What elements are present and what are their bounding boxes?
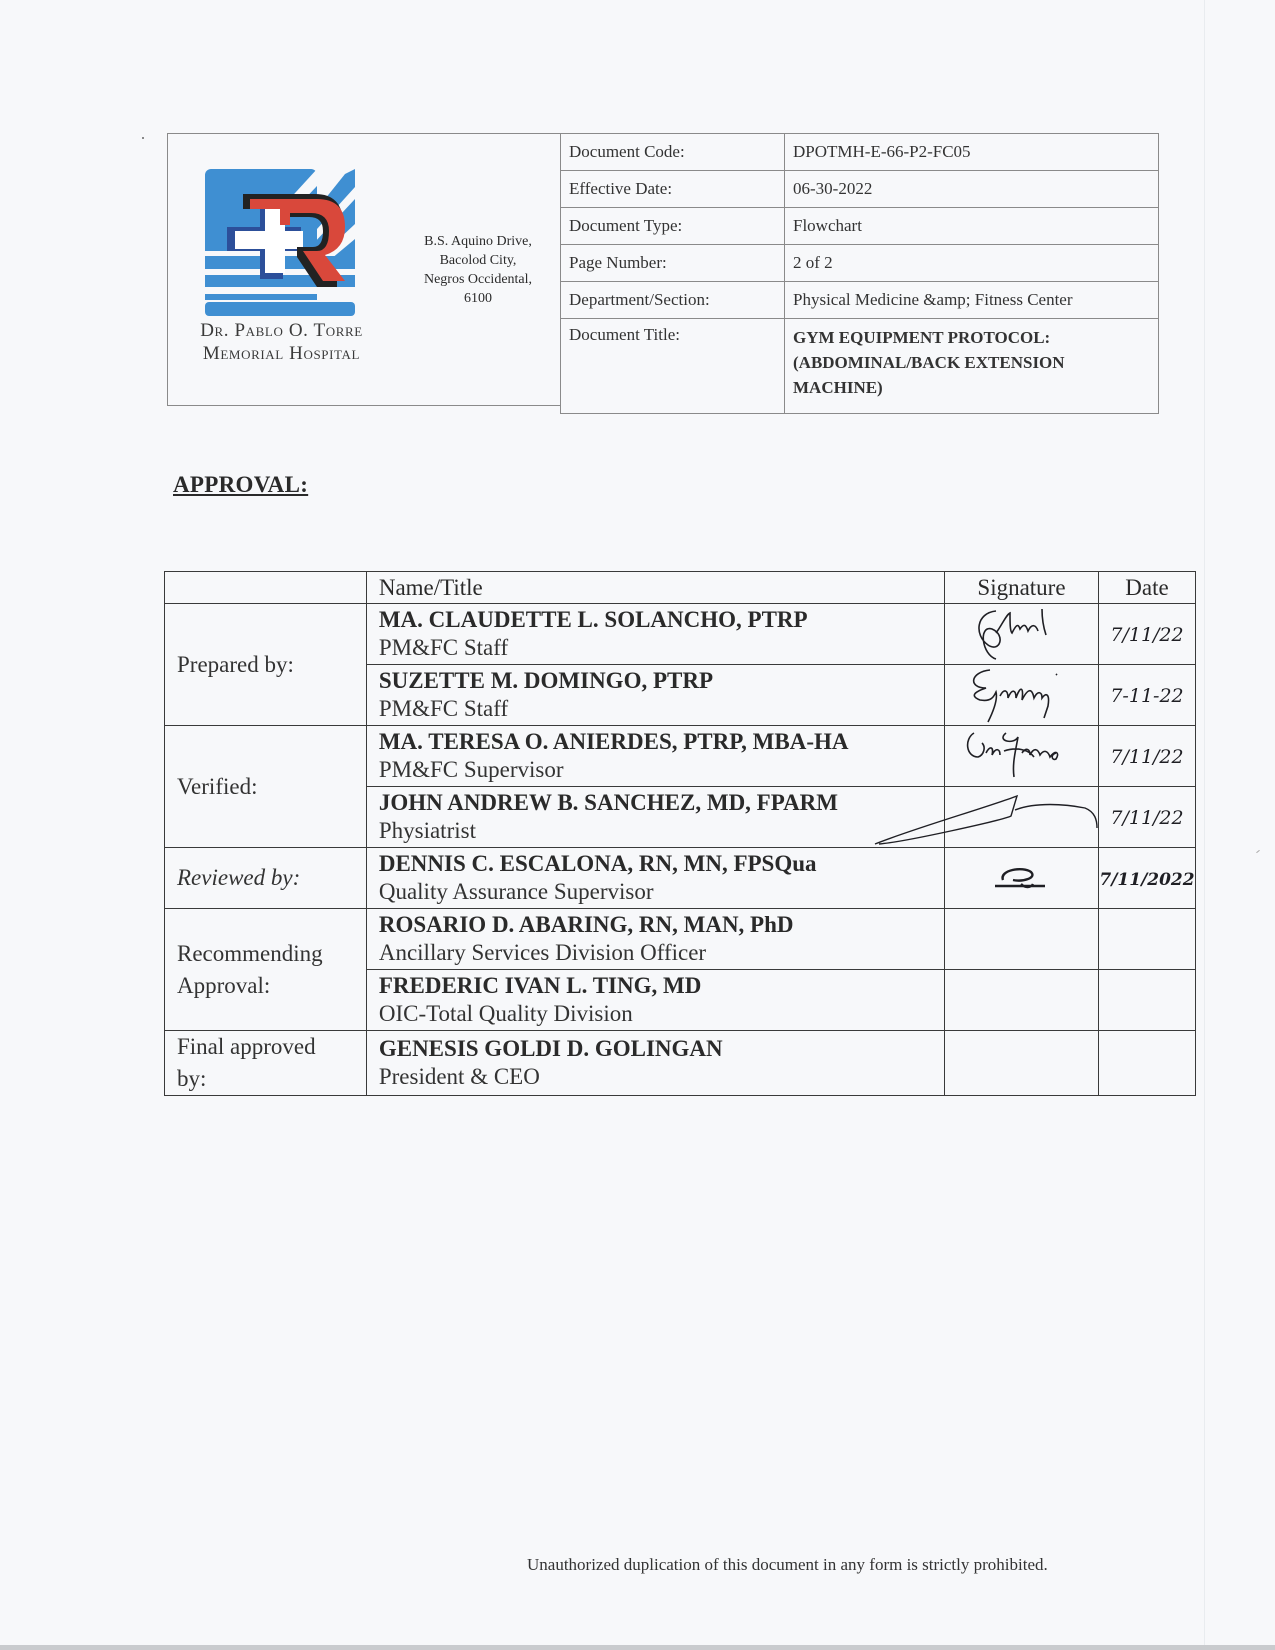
signatory-title: President & CEO [379, 1063, 932, 1091]
signatory-title: Quality Assurance Supervisor [379, 878, 932, 906]
signature-cell-empty [944, 970, 1098, 1031]
approval-table: Name/Title Signature Date Prepared by: M… [164, 571, 1196, 1096]
signatory: ROSARIO D. ABARING, RN, MAN, PhD Ancilla… [366, 909, 944, 970]
effective-date: 06-30-2022 [785, 171, 1159, 208]
date-cell: 7/11/22 [1098, 787, 1195, 848]
role-final-approved-by: Final approved by: [165, 1031, 367, 1096]
hospital-name-line1: Dr. Pablo O. Torre [168, 319, 395, 342]
approval-row: Recommending Approval: ROSARIO D. ABARIN… [165, 909, 1196, 970]
signatory: GENESIS GOLDI D. GOLINGAN President & CE… [366, 1031, 944, 1096]
signatory: JOHN ANDREW B. SANCHEZ, MD, FPARM Physia… [366, 787, 944, 848]
signatory-name: MA. CLAUDETTE L. SOLANCHO, PTRP [379, 606, 932, 634]
date-cell: 7/11/22 [1098, 726, 1195, 787]
signatory-title: Ancillary Services Division Officer [379, 939, 932, 967]
date-cell: 7/11/2022 [1098, 848, 1195, 909]
meta-row: Document Code: DPOTMH-E-66-P2-FC05 [561, 134, 1159, 171]
signature-cell-empty [944, 1031, 1098, 1096]
signatory-title: PM&FC Staff [379, 634, 932, 662]
signatory-title: Physiatrist [379, 817, 932, 845]
date-cell-empty [1098, 1031, 1195, 1096]
signatory-name: SUZETTE M. DOMINGO, PTRP [379, 667, 932, 695]
hospital-name-line2: Memorial Hospital [168, 342, 395, 365]
signature-cell-empty [944, 909, 1098, 970]
role-recommending-approval: Recommending Approval: [165, 909, 367, 1031]
date-cell: 7/11/22 [1098, 604, 1195, 665]
meta-row: Department/Section: Physical Medicine &a… [561, 282, 1159, 319]
meta-row: Page Number: 2 of 2 [561, 245, 1159, 282]
document-title-line: MACHINE) [793, 375, 1150, 400]
page-number: 2 of 2 [785, 245, 1159, 282]
signatory: MA. CLAUDETTE L. SOLANCHO, PTRP PM&FC St… [366, 604, 944, 665]
hospital-logo-icon [205, 169, 360, 319]
signed-date: 7/11/22 [1110, 807, 1183, 829]
signature-cell [944, 726, 1098, 787]
role-line: Recommending [177, 938, 354, 970]
signature-cell [944, 848, 1098, 909]
meta-row: Effective Date: 06-30-2022 [561, 171, 1159, 208]
approval-heading: APPROVAL: [173, 472, 308, 498]
column-header-name: Name/Title [366, 572, 944, 604]
signature-cell [944, 787, 1098, 848]
signatory-title: PM&FC Staff [379, 695, 932, 723]
handwritten-signature-icon [945, 788, 1098, 846]
approval-header-row: Name/Title Signature Date [165, 572, 1196, 604]
role-reviewed-by: Reviewed by: [165, 848, 367, 909]
signatory-name: JOHN ANDREW B. SANCHEZ, MD, FPARM [379, 789, 932, 817]
document-header: Dr. Pablo O. Torre Memorial Hospital B.S… [167, 133, 560, 406]
address-line: Negros Occidental, [398, 270, 558, 289]
page-edge [1204, 0, 1205, 1645]
meta-row-title: Document Title: GYM EQUIPMENT PROTOCOL: … [561, 319, 1159, 414]
signatory-name: DENNIS C. ESCALONA, RN, MN, FPSQua [379, 850, 932, 878]
handwritten-signature-icon [956, 727, 1086, 785]
column-header-date: Date [1098, 572, 1195, 604]
document-type: Flowchart [785, 208, 1159, 245]
handwritten-signature-icon [956, 666, 1086, 724]
meta-label: Document Code: [561, 134, 785, 171]
role-prepared-by: Prepared by: [165, 604, 367, 726]
hospital-name: Dr. Pablo O. Torre Memorial Hospital [168, 319, 395, 365]
signed-date: 7-11-22 [1110, 685, 1183, 707]
handwritten-signature-icon [981, 858, 1061, 898]
signatory: DENNIS C. ESCALONA, RN, MN, FPSQua Quali… [366, 848, 944, 909]
role-line: Approval: [177, 970, 354, 1002]
meta-label: Document Type: [561, 208, 785, 245]
scan-bottom-strip [0, 1645, 1275, 1650]
signed-date: 7/11/22 [1110, 746, 1183, 768]
approval-row: Prepared by: MA. CLAUDETTE L. SOLANCHO, … [165, 604, 1196, 665]
document-meta-table: Document Code: DPOTMH-E-66-P2-FC05 Effec… [560, 133, 1159, 414]
signatory: MA. TERESA O. ANIERDES, PTRP, MBA-HA PM&… [366, 726, 944, 787]
signatory-name: ROSARIO D. ABARING, RN, MAN, PhD [379, 911, 932, 939]
hospital-address: B.S. Aquino Drive, Bacolod City, Negros … [398, 232, 558, 308]
date-cell: 7-11-22 [1098, 665, 1195, 726]
address-line: Bacolod City, [398, 251, 558, 270]
meta-row: Document Type: Flowchart [561, 208, 1159, 245]
signatory-name: MA. TERESA O. ANIERDES, PTRP, MBA-HA [379, 728, 932, 756]
approval-row: Final approved by: GENESIS GOLDI D. GOLI… [165, 1031, 1196, 1096]
column-header-signature: Signature [944, 572, 1098, 604]
footer-notice: Unauthorized duplication of this documen… [527, 1555, 1048, 1575]
role-line: by: [177, 1063, 354, 1095]
column-header-role [165, 572, 367, 604]
signatory: FREDERIC IVAN L. TING, MD OIC-Total Qual… [366, 970, 944, 1031]
address-line: B.S. Aquino Drive, [398, 232, 558, 251]
document-title: GYM EQUIPMENT PROTOCOL: (ABDOMINAL/BACK … [785, 319, 1159, 414]
approval-row: Verified: MA. TERESA O. ANIERDES, PTRP, … [165, 726, 1196, 787]
document-title-line: GYM EQUIPMENT PROTOCOL: [793, 325, 1150, 350]
meta-label: Page Number: [561, 245, 785, 282]
signatory-name: FREDERIC IVAN L. TING, MD [379, 972, 932, 1000]
signed-date: 7/11/22 [1110, 624, 1183, 646]
signature-cell [944, 604, 1098, 665]
scan-speck [1256, 850, 1260, 853]
signatory-title: PM&FC Supervisor [379, 756, 932, 784]
role-line: Final approved [177, 1031, 354, 1063]
meta-label: Effective Date: [561, 171, 785, 208]
signature-cell [944, 665, 1098, 726]
date-cell-empty [1098, 970, 1195, 1031]
meta-label: Department/Section: [561, 282, 785, 319]
scan-speck [142, 137, 144, 139]
approval-row: Reviewed by: DENNIS C. ESCALONA, RN, MN,… [165, 848, 1196, 909]
signatory: SUZETTE M. DOMINGO, PTRP PM&FC Staff [366, 665, 944, 726]
handwritten-signature-icon [966, 605, 1076, 663]
signed-date: 7/11/2022 [1099, 870, 1194, 890]
address-line: 6100 [398, 289, 558, 308]
meta-label: Document Title: [561, 319, 785, 414]
role-verified: Verified: [165, 726, 367, 848]
signatory-name: GENESIS GOLDI D. GOLINGAN [379, 1035, 932, 1063]
date-cell-empty [1098, 909, 1195, 970]
department-section: Physical Medicine &amp; Fitness Center [785, 282, 1159, 319]
document-title-line: (ABDOMINAL/BACK EXTENSION [793, 350, 1150, 375]
signatory-title: OIC-Total Quality Division [379, 1000, 932, 1028]
document-code: DPOTMH-E-66-P2-FC05 [785, 134, 1159, 171]
